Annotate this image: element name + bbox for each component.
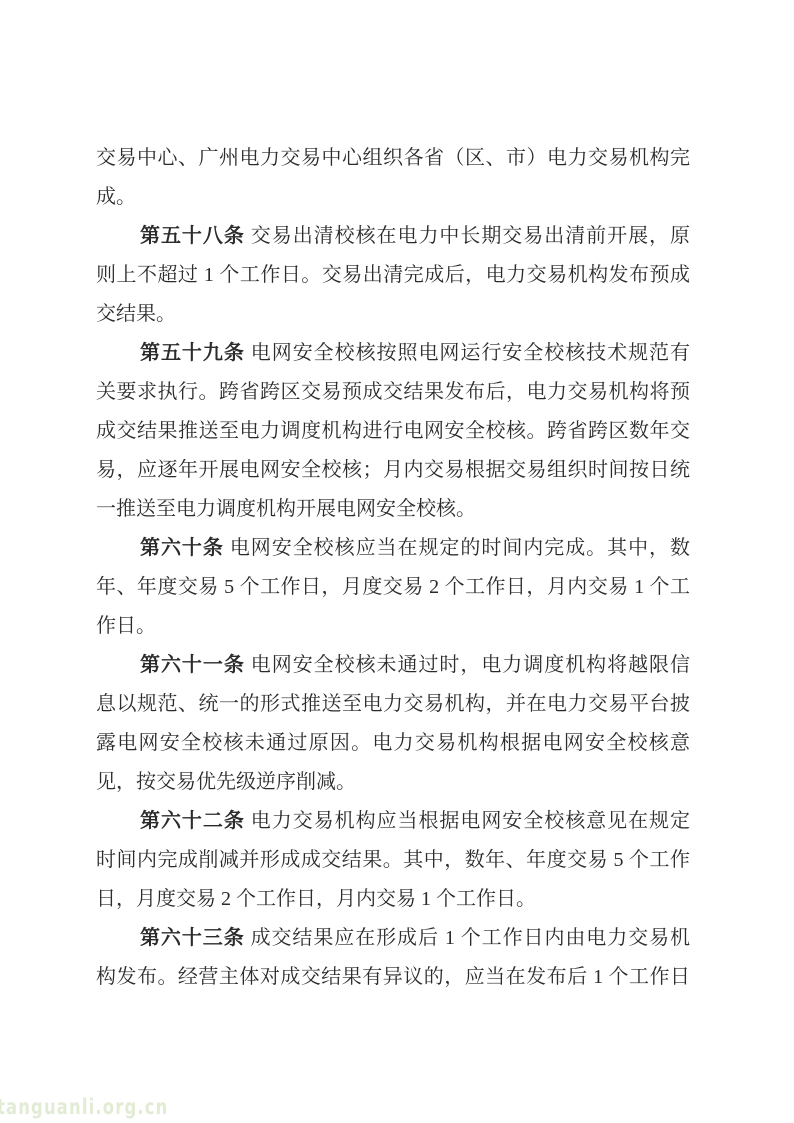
text-line: 易，应逐年开展电网安全校核；月内交易根据交易组织时间按日统 xyxy=(96,451,690,490)
text-line: 露电网安全校核未通过原因。电力交易机构根据电网安全校核意 xyxy=(96,724,690,763)
line-text: 一推送至电力调度机构开展电网安全校核。 xyxy=(96,498,476,520)
line-text: 息以规范、统一的形式推送至电力交易机构，并在电力交易平台披 xyxy=(96,693,690,715)
line-text: 交易出清校核在电力中长期交易出清前开展，原 xyxy=(245,225,690,247)
line-text: 成交结果推送至电力调度机构进行电网安全校核。跨省跨区数年交 xyxy=(96,420,690,442)
article-number: 第六十二条 xyxy=(140,810,245,832)
line-text: 电网安全校核按照电网运行安全校核技术规范有 xyxy=(245,342,690,364)
line-text: 时间内完成削减并形成成交结果。其中，数年、年度交易 5 个工作 xyxy=(96,849,690,871)
line-text: 见，按交易优先级逆序削减。 xyxy=(96,771,356,793)
line-text: 构发布。经营主体对成交结果有异议的，应当在发布后 1 个工作日 xyxy=(96,966,690,988)
article-number: 第六十一条 xyxy=(140,654,245,676)
line-text: 成交结果应在形成后 1 个工作日内由电力交易机 xyxy=(245,927,690,949)
text-line: 构发布。经营主体对成交结果有异议的，应当在发布后 1 个工作日 xyxy=(96,958,690,997)
line-text: 交结果。 xyxy=(96,303,176,325)
article-number: 第五十八条 xyxy=(140,225,245,247)
line-text: 关要求执行。跨省跨区交易预成交结果发布后，电力交易机构将预 xyxy=(96,381,690,403)
text-line: 第六十三条 成交结果应在形成后 1 个工作日内由电力交易机 xyxy=(96,919,690,958)
text-line: 交易中心、广州电力交易中心组织各省（区、市）电力交易机构完 xyxy=(96,139,690,178)
text-line: 时间内完成削减并形成成交结果。其中，数年、年度交易 5 个工作 xyxy=(96,841,690,880)
watermark: tanguanli.org.cn xyxy=(0,1094,168,1120)
article-number: 第六十条 xyxy=(140,537,224,559)
line-text: 电力交易机构应当根据电网安全校核意见在规定 xyxy=(245,810,690,832)
article-number: 第五十九条 xyxy=(140,342,245,364)
text-line: 第五十八条 交易出清校核在电力中长期交易出清前开展，原 xyxy=(96,217,690,256)
line-text: 电网安全校核未通过时，电力调度机构将越限信 xyxy=(245,654,690,676)
document-page: 交易中心、广州电力交易中心组织各省（区、市）电力交易机构完 成。 第五十八条 交… xyxy=(0,0,794,1123)
text-line: 日，月度交易 2 个工作日，月内交易 1 个工作日。 xyxy=(96,880,690,919)
text-line: 关要求执行。跨省跨区交易预成交结果发布后，电力交易机构将预 xyxy=(96,373,690,412)
text-line: 则上不超过 1 个工作日。交易出清完成后，电力交易机构发布预成 xyxy=(96,256,690,295)
line-text: 露电网安全校核未通过原因。电力交易机构根据电网安全校核意 xyxy=(96,732,690,754)
text-line: 一推送至电力调度机构开展电网安全校核。 xyxy=(96,490,690,529)
article-number: 第六十三条 xyxy=(140,927,245,949)
text-line: 息以规范、统一的形式推送至电力交易机构，并在电力交易平台披 xyxy=(96,685,690,724)
line-text: 则上不超过 1 个工作日。交易出清完成后，电力交易机构发布预成 xyxy=(96,264,690,286)
text-line: 成交结果推送至电力调度机构进行电网安全校核。跨省跨区数年交 xyxy=(96,412,690,451)
line-text: 电网安全校核应当在规定的时间内完成。其中，数 xyxy=(224,537,690,559)
text-block: 交易中心、广州电力交易中心组织各省（区、市）电力交易机构完 成。 第五十八条 交… xyxy=(96,139,690,997)
text-line: 见，按交易优先级逆序削减。 xyxy=(96,763,690,802)
text-line: 交结果。 xyxy=(96,295,690,334)
text-line: 第六十条 电网安全校核应当在规定的时间内完成。其中，数 xyxy=(96,529,690,568)
text-line: 第六十二条 电力交易机构应当根据电网安全校核意见在规定 xyxy=(96,802,690,841)
line-text: 易，应逐年开展电网安全校核；月内交易根据交易组织时间按日统 xyxy=(96,459,690,481)
line-text: 年、年度交易 5 个工作日，月度交易 2 个工作日，月内交易 1 个工 xyxy=(96,576,690,598)
text-line: 第六十一条 电网安全校核未通过时，电力调度机构将越限信 xyxy=(96,646,690,685)
text-line: 作日。 xyxy=(96,607,690,646)
text-line: 第五十九条 电网安全校核按照电网运行安全校核技术规范有 xyxy=(96,334,690,373)
line-text: 成。 xyxy=(96,186,136,208)
text-line: 成。 xyxy=(96,178,690,217)
line-text: 作日。 xyxy=(96,615,156,637)
line-text: 交易中心、广州电力交易中心组织各省（区、市）电力交易机构完 xyxy=(96,147,690,169)
line-text: 日，月度交易 2 个工作日，月内交易 1 个工作日。 xyxy=(96,888,536,910)
text-line: 年、年度交易 5 个工作日，月度交易 2 个工作日，月内交易 1 个工 xyxy=(96,568,690,607)
